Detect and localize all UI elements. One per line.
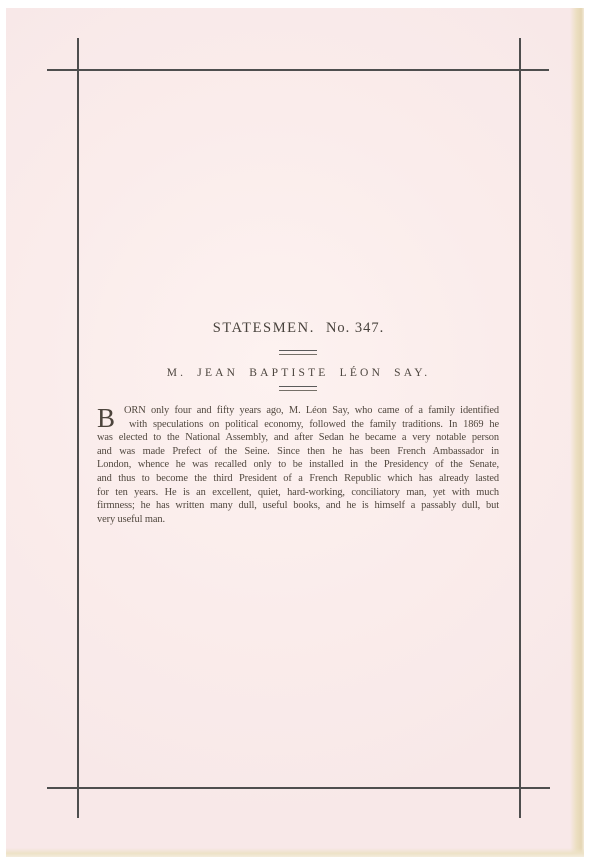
paper-edge-bottom	[6, 848, 584, 857]
text-line: with speculations on political economy, …	[97, 418, 499, 432]
article-paragraph: B ORN only four and fifty years ago, M. …	[97, 404, 499, 526]
text-line: London, whence he was recalled only to b…	[97, 458, 499, 472]
subject-heading: M. JEAN BAPTISTE LÉON SAY.	[77, 366, 520, 380]
frame-line-right	[519, 38, 521, 818]
subject-rule	[279, 386, 317, 391]
text-line: and thus to become the third President o…	[97, 472, 499, 486]
series-heading: STATESMEN.No. 347.	[77, 320, 520, 336]
text-line: very useful man.	[97, 513, 499, 527]
paper-edge-right	[570, 8, 584, 857]
scanned-page: STATESMEN.No. 347. M. JEAN BAPTISTE LÉON…	[0, 0, 600, 862]
text-line: ORN only four and fifty years ago, M. Lé…	[97, 404, 499, 418]
text-line: for ten years. He is an excellent, quiet…	[97, 486, 499, 500]
frame-line-bottom	[47, 787, 550, 789]
series-title: STATESMEN.	[213, 320, 315, 336]
text-line: firmness; he has written many dull, usef…	[97, 499, 499, 513]
frame-line-top	[47, 69, 549, 71]
drop-cap: B	[97, 406, 115, 431]
heading-rule	[279, 350, 317, 355]
text-line: was elected to the National Assembly, an…	[97, 431, 499, 445]
series-number: No. 347.	[326, 320, 384, 336]
text-line: and was made Prefect of the Seine. Since…	[97, 445, 499, 459]
frame-line-left	[77, 38, 79, 818]
